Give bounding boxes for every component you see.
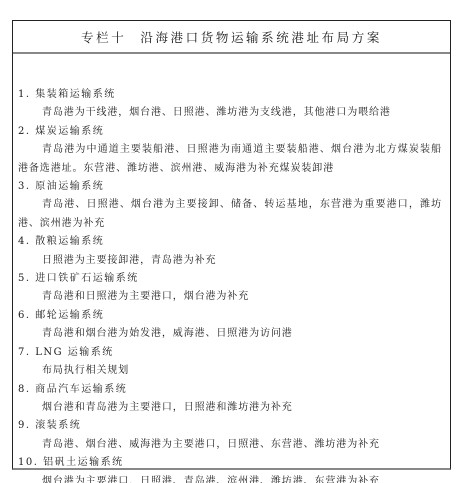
section-text: 青岛港和烟台港为始发港，威海港、日照港为访问港 [18,325,442,343]
section-title: 4. 散粮运输系统 [18,233,442,251]
column-number: 专栏十 [81,28,126,46]
section-iron-ore: 5. 进口铁矿石运输系统 青岛港和日照港为主要港口，烟台港为补充 [18,270,442,307]
section-title: 7. LNG 运输系统 [18,344,442,362]
section-title: 5. 进口铁矿石运输系统 [18,270,442,288]
section-text: 烟台港和青岛港为主要港口，日照港和潍坊港为补充 [18,399,442,417]
section-text: 青岛港和日照港为主要港口，烟台港为补充 [18,288,442,306]
section-title: 3. 原油运输系统 [18,178,442,196]
section-title: 9. 滚装系统 [18,417,442,435]
section-roro: 9. 滚装系统 青岛港、烟台港、威海港为主要港口，日照港、东营港、潍坊港为补充 [18,417,442,454]
section-lng: 7. LNG 运输系统 布局执行相关规划 [18,344,442,381]
section-cruise: 6. 邮轮运输系统 青岛港和烟台港为始发港，威海港、日照港为访问港 [18,307,442,344]
section-title: 6. 邮轮运输系统 [18,307,442,325]
section-bauxite: 10. 铝矾土运输系统 烟台港为主要港口，日照港、青岛港、滨州港、潍坊港、东营港… [18,454,442,483]
box-header: 专栏十 沿海港口货物运输系统港址布局方案 [13,21,450,54]
section-container-shipping: 1. 集装箱运输系统 青岛港为干线港，烟台港、日照港、潍坊港为支线港，其他港口为… [18,86,442,123]
section-title: 1. 集装箱运输系统 [18,86,442,104]
section-bulk-grain: 4. 散粮运输系统 日照港为主要接卸港，青岛港为补充 [18,233,442,270]
column-box: 专栏十 沿海港口货物运输系统港址布局方案 1. 集装箱运输系统 青岛港为干线港，… [12,20,451,470]
section-text: 日照港为主要接卸港，青岛港为补充 [18,252,442,270]
box-body: 1. 集装箱运输系统 青岛港为干线港，烟台港、日照港、潍坊港为支线港，其他港口为… [13,54,450,483]
section-title: 10. 铝矾土运输系统 [18,454,442,472]
section-coal: 2. 煤炭运输系统 青岛港为中通道主要装船港、日照港为南通道主要装船港、烟台港为… [18,123,442,178]
section-text: 青岛港、烟台港、威海港为主要港口，日照港、东营港、潍坊港为补充 [18,436,442,454]
section-text: 青岛港为中通道主要装船港、日照港为南通道主要装船港、烟台港为北方煤炭装船港备选港… [18,141,442,178]
box-title: 沿海港口货物运输系统港址布局方案 [140,28,382,46]
section-text: 布局执行相关规划 [18,362,442,380]
section-title: 2. 煤炭运输系统 [18,123,442,141]
section-text: 青岛港为干线港，烟台港、日照港、潍坊港为支线港，其他港口为喂给港 [18,104,442,122]
section-title: 8. 商品汽车运输系统 [18,381,442,399]
section-text: 青岛港、日照港、烟台港为主要接卸、储备、转运基地，东营港为重要港口，潍坊港、滨州… [18,196,442,233]
section-text: 烟台港为主要港口，日照港、青岛港、滨州港、潍坊港、东营港为补充 [18,473,442,483]
section-vehicles: 8. 商品汽车运输系统 烟台港和青岛港为主要港口，日照港和潍坊港为补充 [18,381,442,418]
section-crude-oil: 3. 原油运输系统 青岛港、日照港、烟台港为主要接卸、储备、转运基地，东营港为重… [18,178,442,233]
